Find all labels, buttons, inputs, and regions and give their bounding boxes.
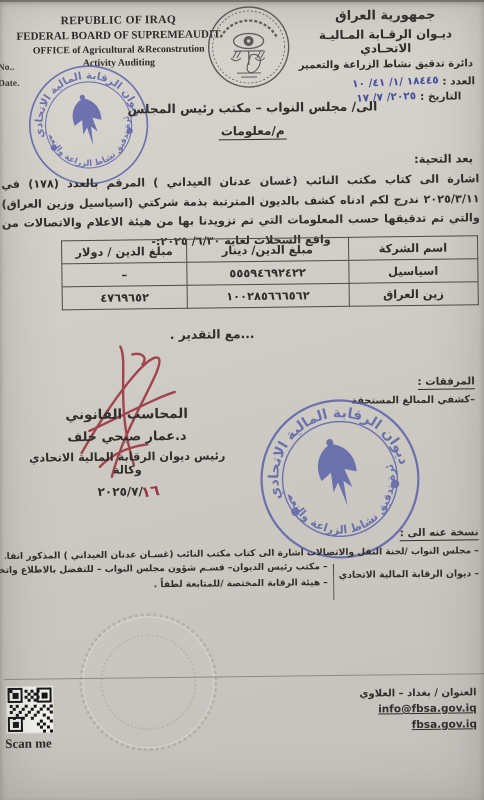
country-name-ar: جمهورية العراق xyxy=(296,7,474,24)
ref-number-label: العدد : xyxy=(442,75,475,87)
greeting: بعد التحية: xyxy=(414,151,473,166)
embossed-seal-watermark xyxy=(79,612,219,752)
footer-address: العنوان / بغداد – العلاوي xyxy=(359,687,476,699)
no-label: No.. xyxy=(0,63,14,73)
recipient-line: الى/ مجلس النواب – مكتب رئيس المجلس xyxy=(107,99,397,117)
company-name: زين العراق xyxy=(349,282,479,307)
qr-finder-icon xyxy=(36,687,51,702)
signer-title: المحاسب القانوني xyxy=(19,405,234,424)
col-debt-dollar: مبلغ الدين / دولار xyxy=(62,239,187,264)
bracket-shape xyxy=(333,564,334,600)
debt-dollar: – xyxy=(62,262,187,287)
subject-text: م/معلومات xyxy=(219,124,287,141)
copy-item-fbsa-label: – ديوان الرقابة المالية الاتحادي xyxy=(339,560,480,581)
date-label-ar: التاريخ : xyxy=(420,90,461,103)
department-name-ar: دائرة تدقيق نشاط الزراعة والتعمير xyxy=(297,58,475,71)
copy-item-fbsa-subitems: – مكتب رئيس الديوان– قسـم شؤون مجلس النو… xyxy=(0,562,328,593)
signature-date: ٢٠٢٥/٧/١٦ xyxy=(20,483,235,500)
debt-dinar: ٥٥٥٩٤٦٩٢٤٢٢ xyxy=(187,260,349,285)
company-name: اسياسيل xyxy=(348,259,478,284)
signature-date-day-handwritten: ١٦ xyxy=(140,481,161,501)
table-row: زين العراق ١٠٠٢٨٥٦٦٦٥٦٢ ٤٧٦٩٦٥٢ xyxy=(62,282,478,310)
signer-role: رئيس ديوان الرقابة المالية الاتحادي وكال… xyxy=(20,449,235,478)
col-debt-dinar: مبلغ الدين/ دينار xyxy=(186,237,348,262)
col-company: اسم الشركة xyxy=(348,236,478,261)
scan-me-label: Scan me xyxy=(5,735,52,752)
document-content: REPUBLIC OF IRAQ FEDERAL BOARD OF SUPREM… xyxy=(0,0,484,800)
ref-number-line: العدد : ١٨٤٤٥ /١/ ٤١/ ١٠ xyxy=(297,75,475,89)
copy-subitem-office: – مكتب رئيس الديوان– قسـم شؤون مجلس النو… xyxy=(0,562,328,577)
closing-line: ...مع التقدير . xyxy=(0,325,424,344)
copy-subitem-oversight: – هيئة الرقابة المختصة /للمتابعة لطفاً . xyxy=(0,578,328,593)
footer-email: info@fbsa.gov.iq xyxy=(359,702,476,715)
signature-date-printed: ٢٠٢٥/٧/ xyxy=(97,484,143,499)
footer-website: fbsa.gov.iq xyxy=(360,718,477,731)
qr-finder-icon xyxy=(8,717,23,732)
qr-modules xyxy=(10,690,13,693)
subject-line: م/معلومات xyxy=(108,122,398,140)
copies-block: نسخة عنه الى : – مجلس النواب /لجنة النقل… xyxy=(4,520,479,604)
signer-name: د.عمار صبحي خلف xyxy=(19,428,234,446)
letterhead-arabic: جمهورية العراق ديـوان الرقـابة المـاليـة… xyxy=(296,7,475,104)
ref-number-handwritten: ١٨٤٤٥ /١/ ٤١/ ١٠ xyxy=(352,74,439,90)
qr-code xyxy=(6,686,53,733)
footer-contact: العنوان / بغداد – العلاوي info@fbsa.gov.… xyxy=(359,687,477,731)
copies-title: نسخة عنه الى : xyxy=(400,526,479,541)
board-name-ar: ديـوان الرقـابة المـاليـة الاتحـادي xyxy=(296,26,474,56)
copy-item-parliament: – مجلس النواب /لجنة النقل والاتصالات اشا… xyxy=(5,546,479,562)
footer-divider xyxy=(4,673,484,680)
copy-item-fbsa: – ديوان الرقابة المالية الاتحادي – مكتب … xyxy=(5,560,479,604)
fbsa-emblem-icon xyxy=(192,2,305,91)
signature-block: المحاسب القانوني د.عمار صبحي خلف رئيس دي… xyxy=(19,405,235,500)
debt-dinar: ١٠٠٢٨٥٦٦٦٥٦٢ xyxy=(187,283,349,308)
debt-table: اسم الشركة مبلغ الدين/ دينار مبلغ الدين … xyxy=(61,235,479,310)
attachments-title: المرفقات : xyxy=(417,375,474,390)
scanned-letter-page: REPUBLIC OF IRAQ FEDERAL BOARD OF SUPREM… xyxy=(0,0,484,800)
debt-dollar: ٤٧٦٩٦٥٢ xyxy=(62,285,187,310)
